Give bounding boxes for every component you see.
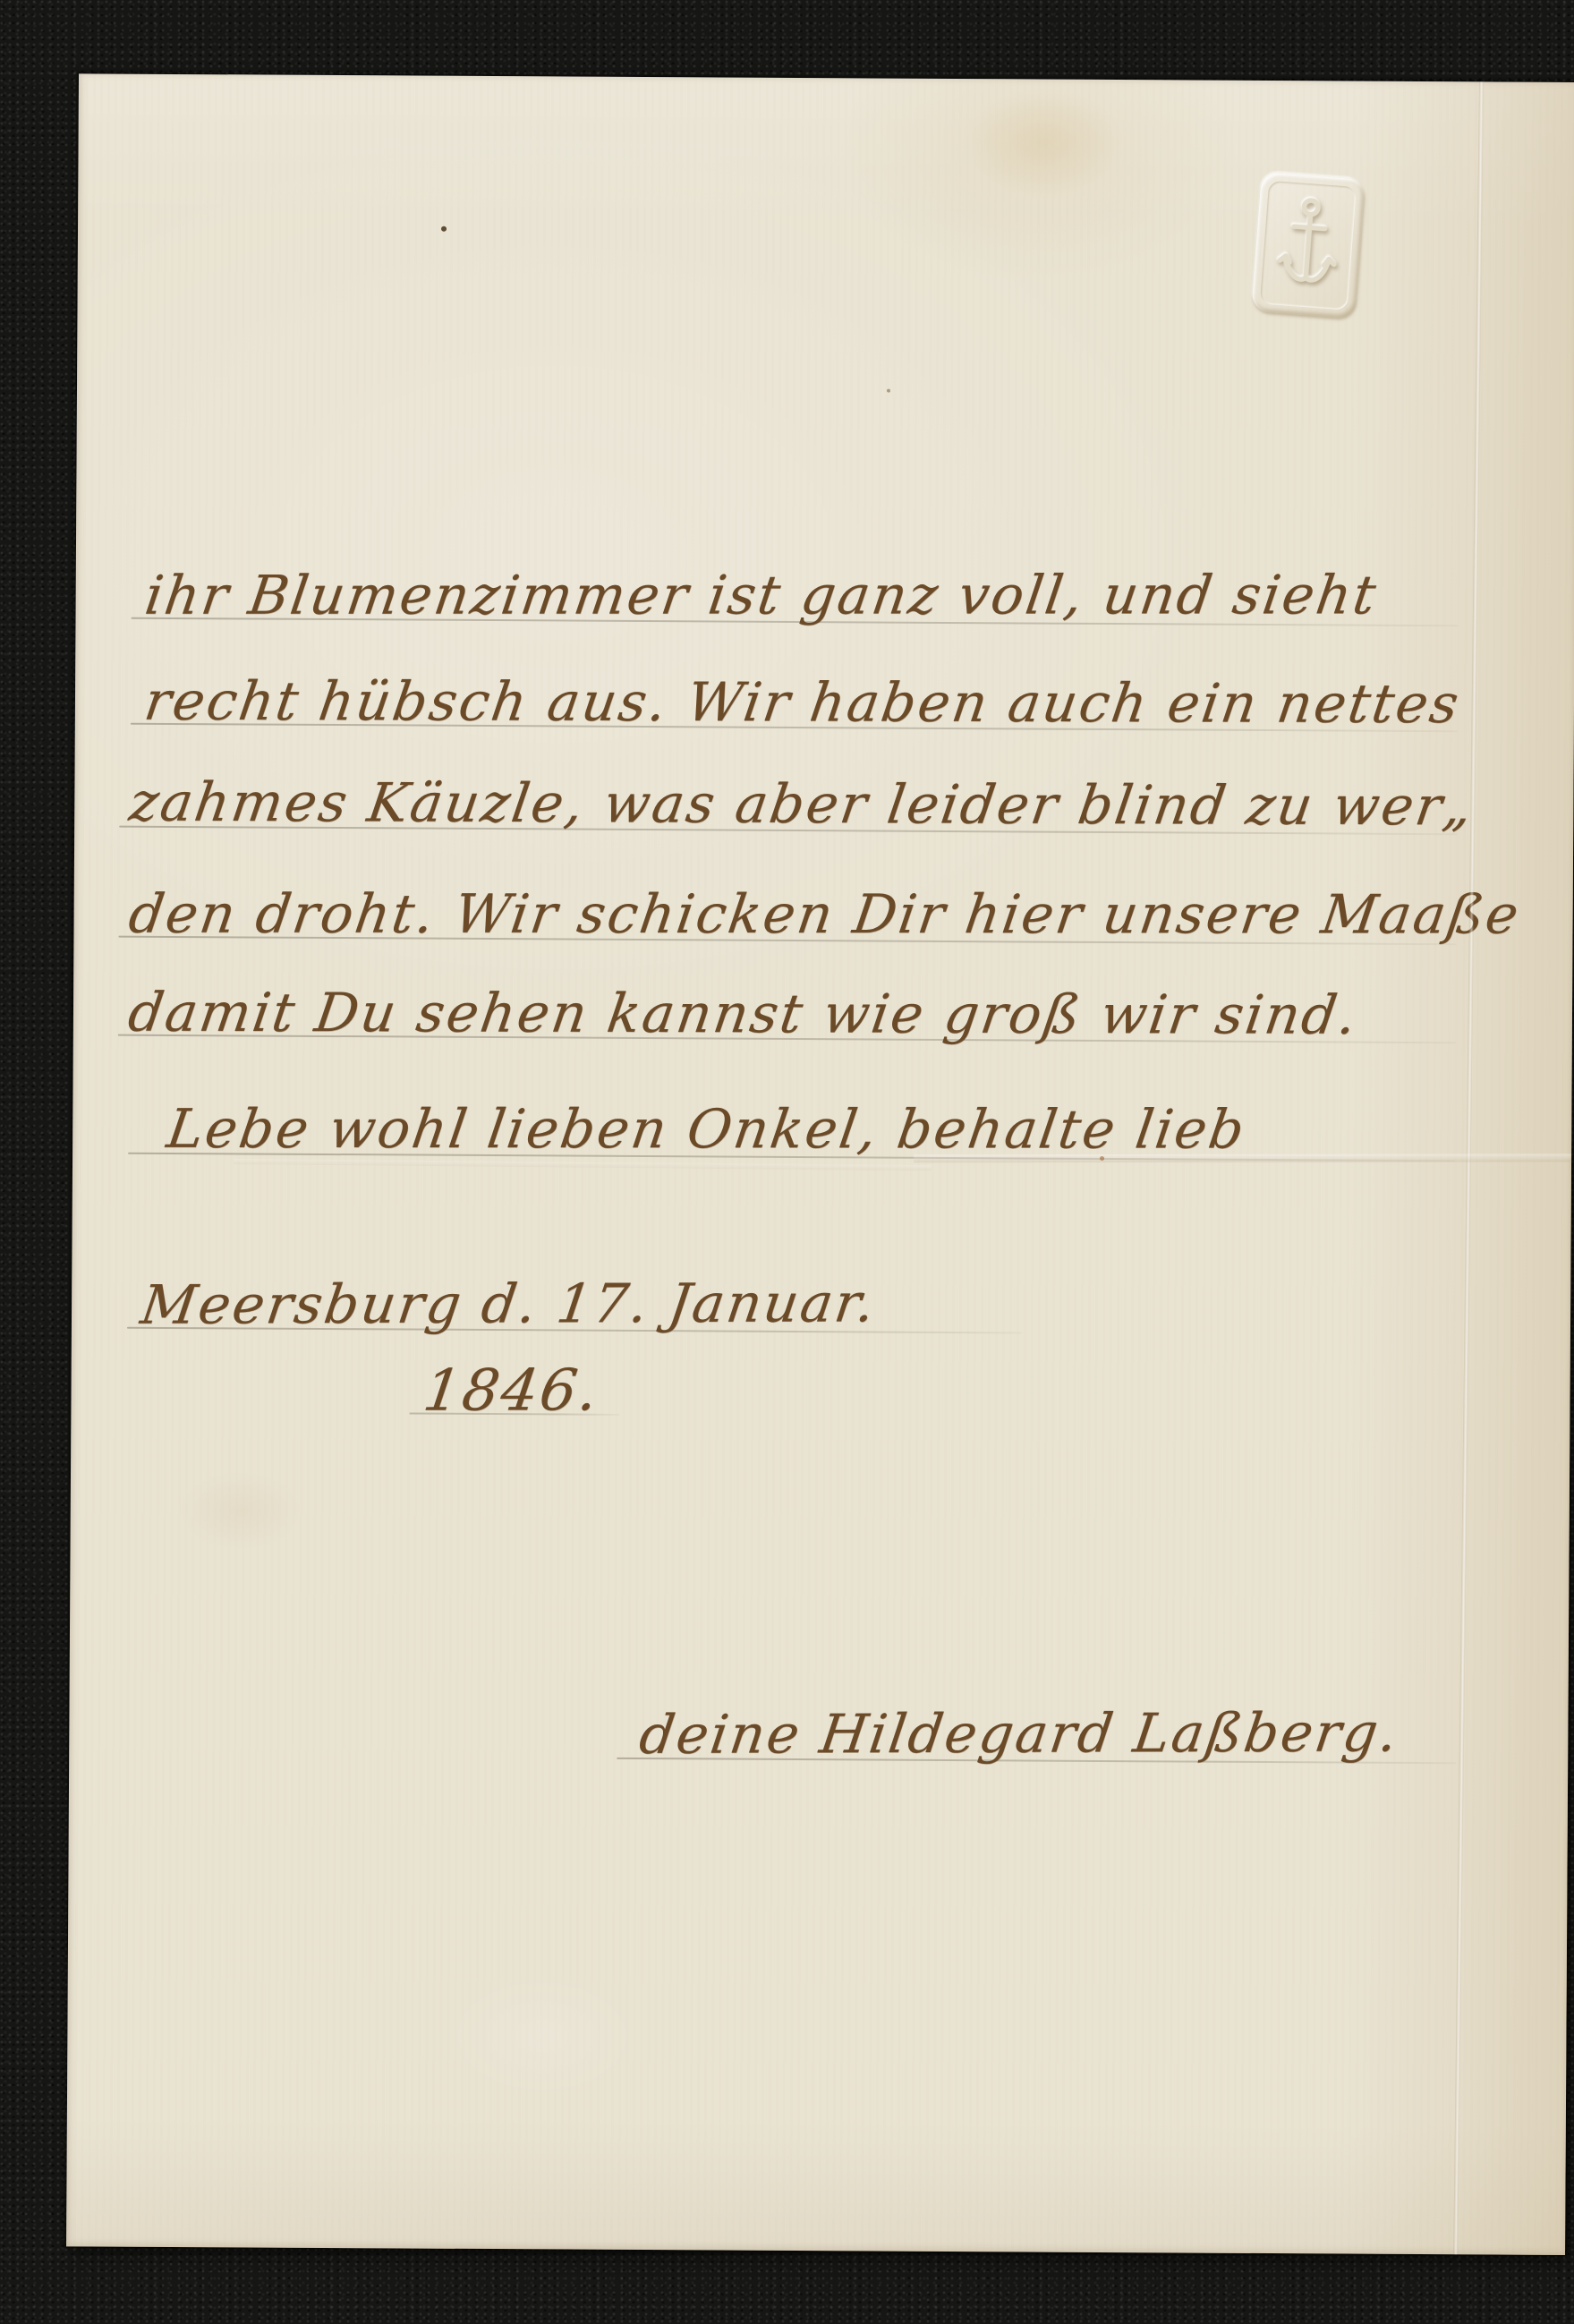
paper-highlight [443,1973,641,2099]
dateline: Meersburg d. 17. Januar. [138,1276,880,1332]
letter-line: ihr Blumenzimmer ist ganz voll, und sieh… [141,568,1381,622]
embossed-anchor-seal [1251,172,1365,319]
letter-line: den droht. Wir schicken Dir hier unsere … [125,888,1523,942]
letter-line: zahmes Käuzle, was aber leider blind zu … [126,776,1477,834]
year: 1846. [420,1362,603,1419]
letter-line: Lebe wohl lieben Onkel, behalte lieb [164,1102,1249,1157]
paper-stain [964,88,1126,196]
anchor-icon [1270,191,1348,300]
letter-line: damit Du sehen kannst wie groß wir sind. [125,986,1362,1043]
letter-page: ihr Blumenzimmer ist ganz voll, und sieh… [66,73,1574,2255]
vertical-fold-crease [1453,81,1484,2254]
ink-speck [441,226,447,232]
paper-speck [887,389,890,393]
paper-stain [178,1470,304,1552]
horizontal-fold-crease [914,1153,1571,1162]
letter-line: recht hübsch aus. Wir haben auch ein net… [141,675,1464,731]
rust-speck [1100,1156,1104,1161]
signature: deine Hildegard Laßberg. [636,1707,1402,1762]
scan-stage: { "letter": { "lines": [ "ihr Blumenzimm… [0,0,1574,2324]
